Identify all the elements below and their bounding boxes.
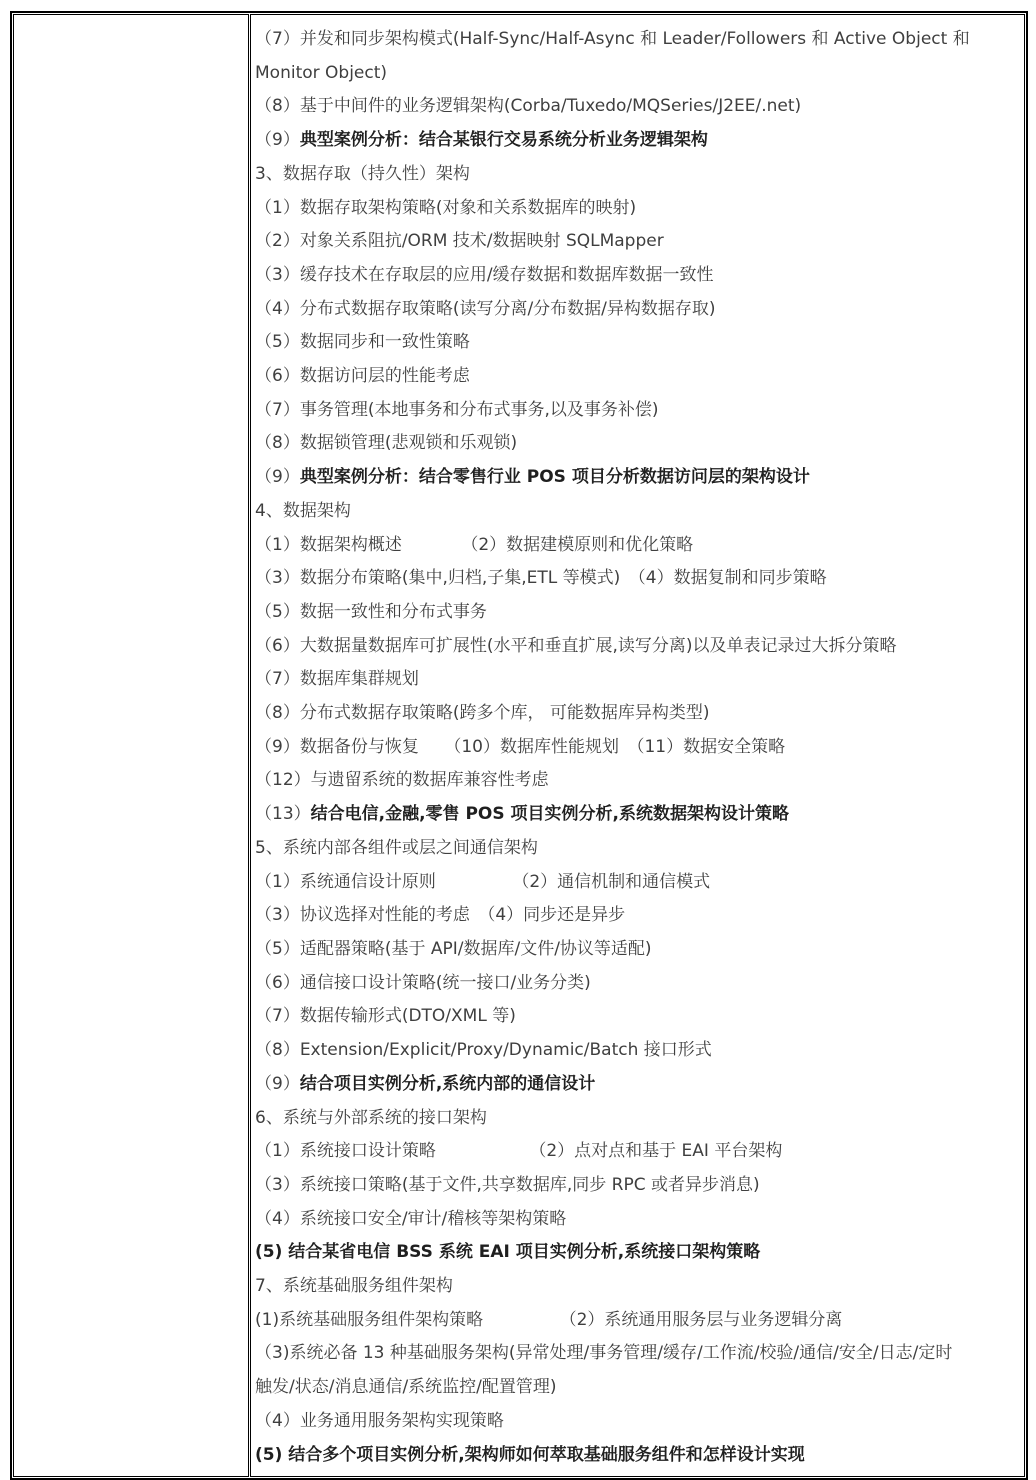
- content-line: (5) 结合某省电信 BSS 系统 EAI 项目实例分析,系统接口架构策略: [255, 1236, 1018, 1270]
- text-segment: Monitor Object): [255, 63, 387, 83]
- text-segment: 触发/状态/消息通信/系统监控/配置管理): [255, 1377, 557, 1397]
- text-segment: 4、数据架构: [255, 501, 351, 521]
- text-segment: (1)系统基础服务组件架构策略 （2）系统通用服务层与业务逻辑分离: [255, 1310, 842, 1330]
- text-segment: （9）: [255, 467, 300, 487]
- text-segment: （12）与遗留系统的数据库兼容性考虑: [255, 770, 549, 790]
- content-line: （5）适配器策略(基于 API/数据库/文件/协议等适配): [255, 933, 1018, 967]
- text-segment: （1）数据存取架构策略(对象和关系数据库的映射): [255, 198, 636, 218]
- text-segment: 5、系统内部各组件或层之间通信架构: [255, 838, 538, 858]
- text-segment: （4）业务通用服务架构实现策略: [255, 1411, 504, 1431]
- text-segment: （7）事务管理(本地事务和分布式事务,以及事务补偿): [255, 400, 658, 420]
- text-segment: （5）适配器策略(基于 API/数据库/文件/协议等适配): [255, 939, 652, 959]
- outline-text-cell: （7）并发和同步架构模式(Half-Sync/Half-Async 和 Lead…: [250, 14, 1025, 1477]
- text-segment: （9）: [255, 130, 300, 150]
- content-line: （7）事务管理(本地事务和分布式事务,以及事务补偿): [255, 394, 1018, 428]
- bold-text-segment: 典型案例分析：结合零售行业 POS 项目分析数据访问层的架构设计: [300, 467, 810, 487]
- content-line: (5) 结合多个项目实例分析,架构师如何萃取基础服务组件和怎样设计实现: [255, 1439, 1018, 1473]
- content-line: （3）系统接口策略(基于文件,共享数据库,同步 RPC 或者异步消息): [255, 1169, 1018, 1203]
- content-line: 6、系统与外部系统的接口架构: [255, 1102, 1018, 1136]
- content-line: （12）与遗留系统的数据库兼容性考虑: [255, 764, 1018, 798]
- text-segment: （13）: [255, 804, 311, 824]
- content-line: （6）通信接口设计策略(统一接口/业务分类): [255, 967, 1018, 1001]
- content-line: （3）缓存技术在存取层的应用/缓存数据和数据库数据一致性: [255, 259, 1018, 293]
- left-empty-cell: [13, 14, 249, 1477]
- bold-text-segment: 结合项目实例分析,系统内部的通信设计: [300, 1074, 595, 1094]
- content-line: （6）数据访问层的性能考虑: [255, 360, 1018, 394]
- bold-text-segment: (5): [255, 1242, 288, 1262]
- text-segment: 3、数据存取（持久性）架构: [255, 164, 470, 184]
- text-segment: （4）分布式数据存取策略(读写分离/分布数据/异构数据存取): [255, 299, 716, 319]
- content-line: （7）并发和同步架构模式(Half-Sync/Half-Async 和 Lead…: [255, 23, 1018, 57]
- content-line: (1)系统基础服务组件架构策略 （2）系统通用服务层与业务逻辑分离: [255, 1304, 1018, 1338]
- text-segment: （1）系统通信设计原则 （2）通信机制和通信模式: [255, 872, 710, 892]
- content-line: （3）数据分布策略(集中,归档,子集,ETL 等模式) （4）数据复制和同步策略: [255, 562, 1018, 596]
- content-line: （1）系统通信设计原则 （2）通信机制和通信模式: [255, 866, 1018, 900]
- content-line: 5、系统内部各组件或层之间通信架构: [255, 832, 1018, 866]
- text-segment: （9）: [255, 1074, 300, 1094]
- content-line: （7）数据传输形式(DTO/XML 等): [255, 1000, 1018, 1034]
- content-line: （4）系统接口安全/审计/稽核等架构策略: [255, 1203, 1018, 1237]
- content-line: （9）数据备份与恢复 （10）数据库性能规划 （11）数据安全策略: [255, 731, 1018, 765]
- content-line: （2）对象关系阻抗/ORM 技术/数据映射 SQLMapper: [255, 225, 1018, 259]
- content-line: 7、系统基础服务组件架构: [255, 1270, 1018, 1304]
- text-segment: （7）并发和同步架构模式(Half-Sync/Half-Async 和 Lead…: [255, 29, 970, 49]
- content-line: （6）大数据量数据库可扩展性(水平和垂直扩展,读写分离)以及单表记录过大拆分策略: [255, 630, 1018, 664]
- content-line: （4）分布式数据存取策略(读写分离/分布数据/异构数据存取): [255, 293, 1018, 327]
- text-segment: （8）数据锁管理(悲观锁和乐观锁): [255, 433, 517, 453]
- text-segment: 7、系统基础服务组件架构: [255, 1276, 453, 1296]
- content-line: （13）结合电信,金融,零售 POS 项目实例分析,系统数据架构设计策略: [255, 798, 1018, 832]
- text-segment: （7）数据传输形式(DTO/XML 等): [255, 1006, 516, 1026]
- content-line: （1）数据存取架构策略(对象和关系数据库的映射): [255, 192, 1018, 226]
- content-line: （8）Extension/Explicit/Proxy/Dynamic/Batc…: [255, 1034, 1018, 1068]
- content-line: （1）数据架构概述 （2）数据建模原则和优化策略: [255, 529, 1018, 563]
- text-segment: （8）Extension/Explicit/Proxy/Dynamic/Batc…: [255, 1040, 712, 1060]
- content-line: （1）系统接口设计策略 （2）点对点和基于 EAI 平台架构: [255, 1135, 1018, 1169]
- content-line: （8）分布式数据存取策略(跨多个库， 可能数据库异构类型): [255, 697, 1018, 731]
- content-line: （4）业务通用服务架构实现策略: [255, 1405, 1018, 1439]
- content-line: 3、数据存取（持久性）架构: [255, 158, 1018, 192]
- content-line: （3)系统必备 13 种基础服务架构(异常处理/事务管理/缓存/工作流/校验/通…: [255, 1337, 1018, 1371]
- content-line: （9）典型案例分析：结合某银行交易系统分析业务逻辑架构: [255, 124, 1018, 158]
- content-line: Monitor Object): [255, 57, 1018, 91]
- content-line: （5）数据一致性和分布式事务: [255, 596, 1018, 630]
- content-line: （7）数据库集群规划: [255, 663, 1018, 697]
- text-segment: （5）数据同步和一致性策略: [255, 332, 470, 352]
- text-segment: （6）大数据量数据库可扩展性(水平和垂直扩展,读写分离)以及单表记录过大拆分策略: [255, 636, 896, 656]
- content-line: （5）数据同步和一致性策略: [255, 326, 1018, 360]
- text-segment: （6）通信接口设计策略(统一接口/业务分类): [255, 973, 591, 993]
- text-segment: （1）系统接口设计策略 （2）点对点和基于 EAI 平台架构: [255, 1141, 782, 1161]
- bold-text-segment: 结合多个项目实例分析,架构师如何萃取基础服务组件和怎样设计实现: [288, 1445, 804, 1465]
- text-segment: （3）系统接口策略(基于文件,共享数据库,同步 RPC 或者异步消息): [255, 1175, 760, 1195]
- text-segment: （3）缓存技术在存取层的应用/缓存数据和数据库数据一致性: [255, 265, 714, 285]
- text-segment: （3)系统必备 13 种基础服务架构(异常处理/事务管理/缓存/工作流/校验/通…: [255, 1343, 952, 1363]
- content-line: （8）数据锁管理(悲观锁和乐观锁): [255, 427, 1018, 461]
- text-segment: （6）数据访问层的性能考虑: [255, 366, 470, 386]
- table-row: （7）并发和同步架构模式(Half-Sync/Half-Async 和 Lead…: [13, 14, 1025, 1477]
- text-segment: （8）基于中间件的业务逻辑架构(Corba/Tuxedo/MQSeries/J2…: [255, 96, 801, 116]
- content-line: 触发/状态/消息通信/系统监控/配置管理): [255, 1371, 1018, 1405]
- text-segment: （3）数据分布策略(集中,归档,子集,ETL 等模式) （4）数据复制和同步策略: [255, 568, 827, 588]
- content-line: （8）基于中间件的业务逻辑架构(Corba/Tuxedo/MQSeries/J2…: [255, 90, 1018, 124]
- text-segment: （2）对象关系阻抗/ORM 技术/数据映射 SQLMapper: [255, 231, 664, 251]
- text-segment: （1）数据架构概述 （2）数据建模原则和优化策略: [255, 535, 693, 555]
- bold-text-segment: 典型案例分析：结合某银行交易系统分析业务逻辑架构: [300, 130, 708, 150]
- text-segment: （4）系统接口安全/审计/稽核等架构策略: [255, 1209, 566, 1229]
- text-segment: （9）数据备份与恢复 （10）数据库性能规划 （11）数据安全策略: [255, 737, 785, 757]
- bold-text-segment: 结合电信,金融,零售 POS 项目实例分析,系统数据架构设计策略: [311, 804, 789, 824]
- text-segment: （5）数据一致性和分布式事务: [255, 602, 487, 622]
- content-line: （9）典型案例分析：结合零售行业 POS 项目分析数据访问层的架构设计: [255, 461, 1018, 495]
- text-segment: （8）分布式数据存取策略(跨多个库， 可能数据库异构类型): [255, 703, 709, 723]
- content-line: （9）结合项目实例分析,系统内部的通信设计: [255, 1068, 1018, 1102]
- text-segment: （3）协议选择对性能的考虑 （4）同步还是异步: [255, 905, 625, 925]
- text-segment: （7）数据库集群规划: [255, 669, 419, 689]
- course-outline-table: （7）并发和同步架构模式(Half-Sync/Half-Async 和 Lead…: [10, 11, 1028, 1480]
- content-line: 4、数据架构: [255, 495, 1018, 529]
- bold-text-segment: (5): [255, 1445, 288, 1465]
- text-segment: 6、系统与外部系统的接口架构: [255, 1108, 487, 1128]
- bold-text-segment: 结合某省电信 BSS 系统 EAI 项目实例分析,系统接口架构策略: [288, 1242, 760, 1262]
- document-page: （7）并发和同步架构模式(Half-Sync/Half-Async 和 Lead…: [0, 0, 1036, 1480]
- content-line: （3）协议选择对性能的考虑 （4）同步还是异步: [255, 899, 1018, 933]
